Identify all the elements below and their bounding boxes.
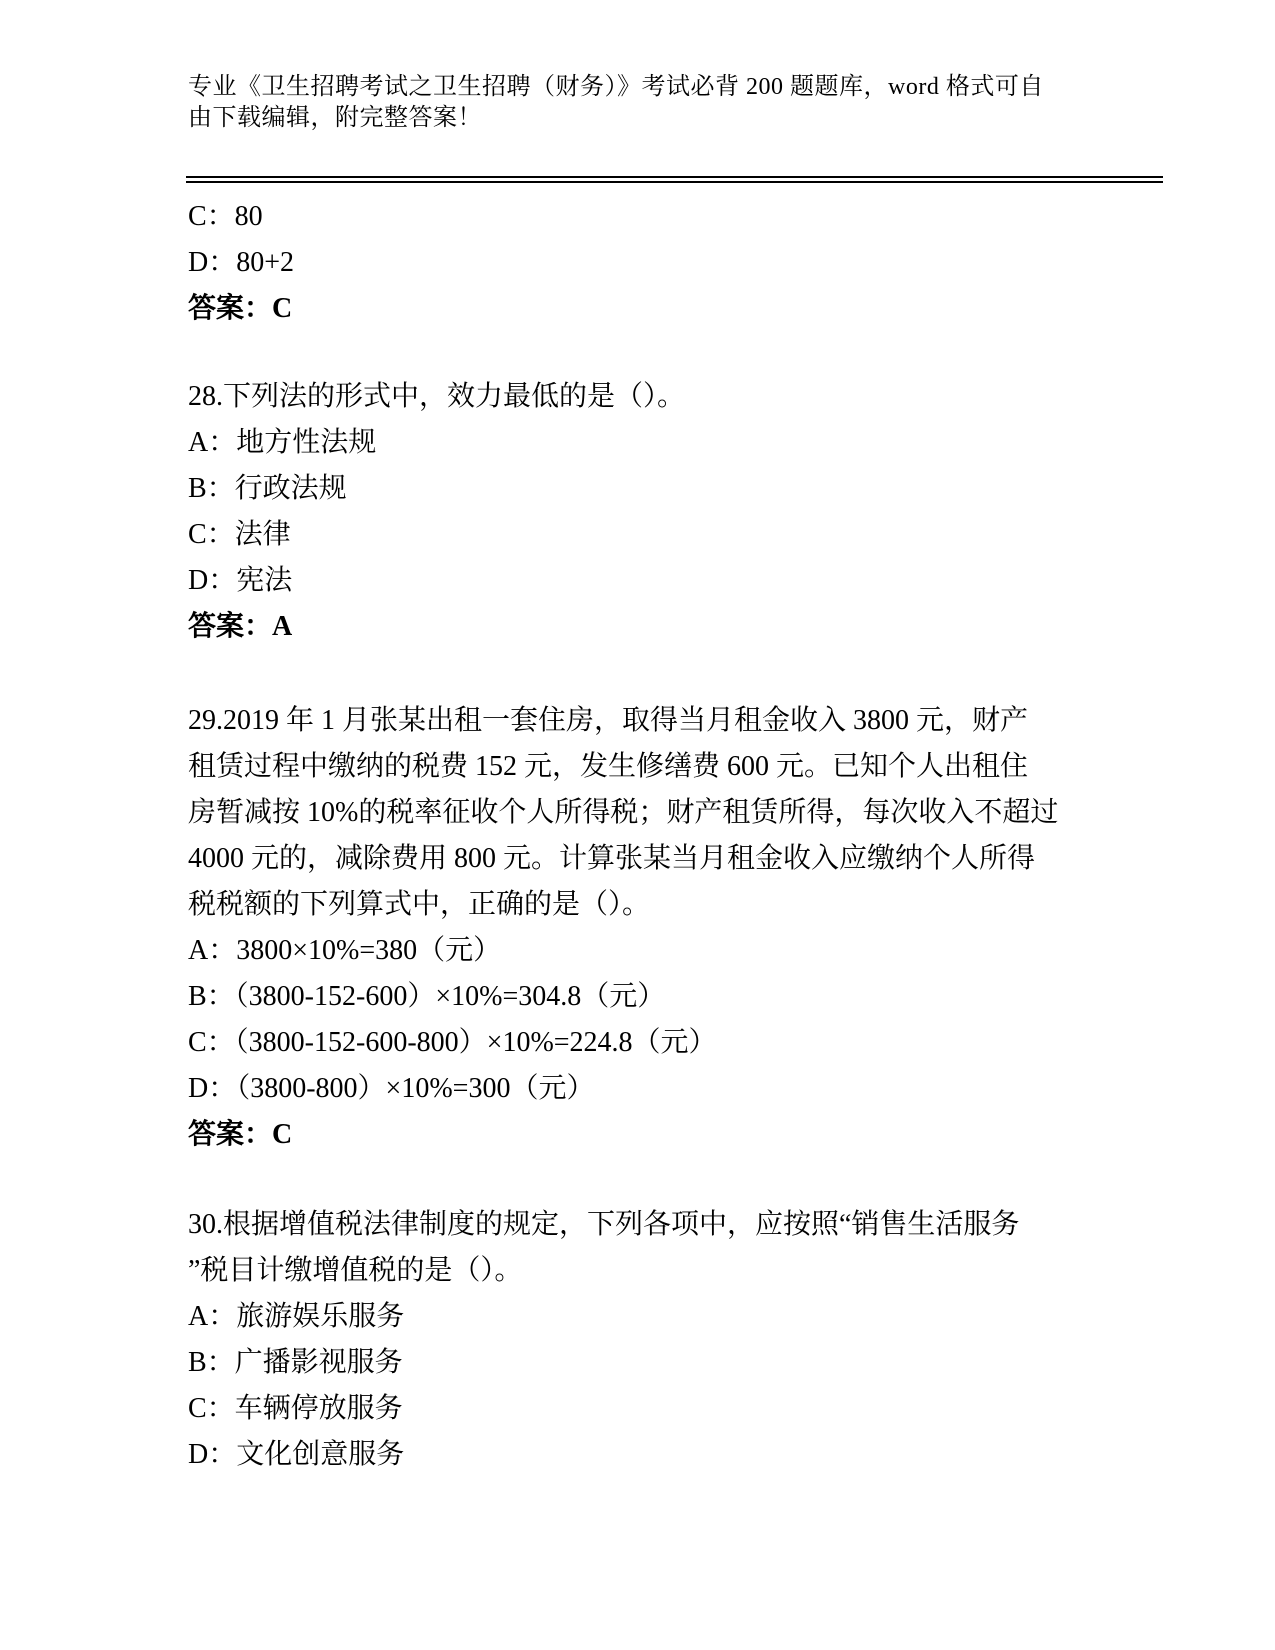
- q27-option-d: D：80+2: [188, 240, 1088, 286]
- q28-option-a: A：地方性法规: [188, 420, 1088, 466]
- document-body: C：80 D：80+2 答案：C 28.下列法的形式中，效力最低的是（）。 A：…: [188, 194, 1088, 1478]
- question-28: 28.下列法的形式中，效力最低的是（）。 A：地方性法规 B：行政法规 C：法律…: [188, 374, 1088, 650]
- q28-option-b: B：行政法规: [188, 466, 1088, 512]
- q29-stem-line-2: 租赁过程中缴纳的税费 152 元，发生修缮费 600 元。已知个人出租住: [188, 744, 1088, 790]
- header-title-line1: 专业《卫生招聘考试之卫生招聘（财务）》考试必背 200 题题库，word 格式可…: [188, 72, 1098, 103]
- q30-option-b: B：广播影视服务: [188, 1340, 1088, 1386]
- q27-answer: 答案：C: [188, 286, 1088, 332]
- q29-option-d: D：（3800-800）×10%=300（元）: [188, 1066, 1088, 1112]
- q30-stem-line-1: 30.根据增值税法律制度的规定，下列各项中，应按照“销售生活服务: [188, 1202, 1088, 1248]
- q29-option-a: A：3800×10%=380（元）: [188, 928, 1088, 974]
- q27-option-c: C：80: [188, 194, 1088, 240]
- question-30: 30.根据增值税法律制度的规定，下列各项中，应按照“销售生活服务 ”税目计缴增值…: [188, 1202, 1088, 1478]
- q28-option-c: C：法律: [188, 512, 1088, 558]
- q28-answer: 答案：A: [188, 604, 1088, 650]
- q30-option-c: C：车辆停放服务: [188, 1386, 1088, 1432]
- document-page: 专业《卫生招聘考试之卫生招聘（财务）》考试必背 200 题题库，word 格式可…: [0, 0, 1275, 1650]
- q30-option-d: D：文化创意服务: [188, 1432, 1088, 1478]
- q30-stem-line-2: ”税目计缴增值税的是（）。: [188, 1248, 1088, 1294]
- header-divider-rule: [186, 176, 1163, 183]
- q29-stem-line-4: 4000 元的，减除费用 800 元。计算张某当月租金收入应缴纳个人所得: [188, 836, 1088, 882]
- q29-stem-line-1: 29.2019 年 1 月张某出租一套住房，取得当月租金收入 3800 元，财产: [188, 698, 1088, 744]
- q28-option-d: D：宪法: [188, 558, 1088, 604]
- q30-option-a: A：旅游娱乐服务: [188, 1294, 1088, 1340]
- page-header: 专业《卫生招聘考试之卫生招聘（财务）》考试必背 200 题题库，word 格式可…: [188, 72, 1098, 134]
- q29-stem-line-3: 房暂减按 10%的税率征收个人所得税；财产租赁所得，每次收入不超过: [188, 790, 1088, 836]
- q29-answer: 答案：C: [188, 1112, 1088, 1158]
- question-29: 29.2019 年 1 月张某出租一套住房，取得当月租金收入 3800 元，财产…: [188, 698, 1088, 1158]
- q29-option-c: C：（3800-152-600-800）×10%=224.8（元）: [188, 1020, 1088, 1066]
- q28-stem: 28.下列法的形式中，效力最低的是（）。: [188, 374, 1088, 420]
- q29-option-b: B：（3800-152-600）×10%=304.8（元）: [188, 974, 1088, 1020]
- q29-stem-line-5: 税税额的下列算式中，正确的是（）。: [188, 882, 1088, 928]
- question-27-tail: C：80 D：80+2 答案：C: [188, 194, 1088, 332]
- header-title-line2: 由下载编辑，附完整答案！: [188, 103, 1098, 134]
